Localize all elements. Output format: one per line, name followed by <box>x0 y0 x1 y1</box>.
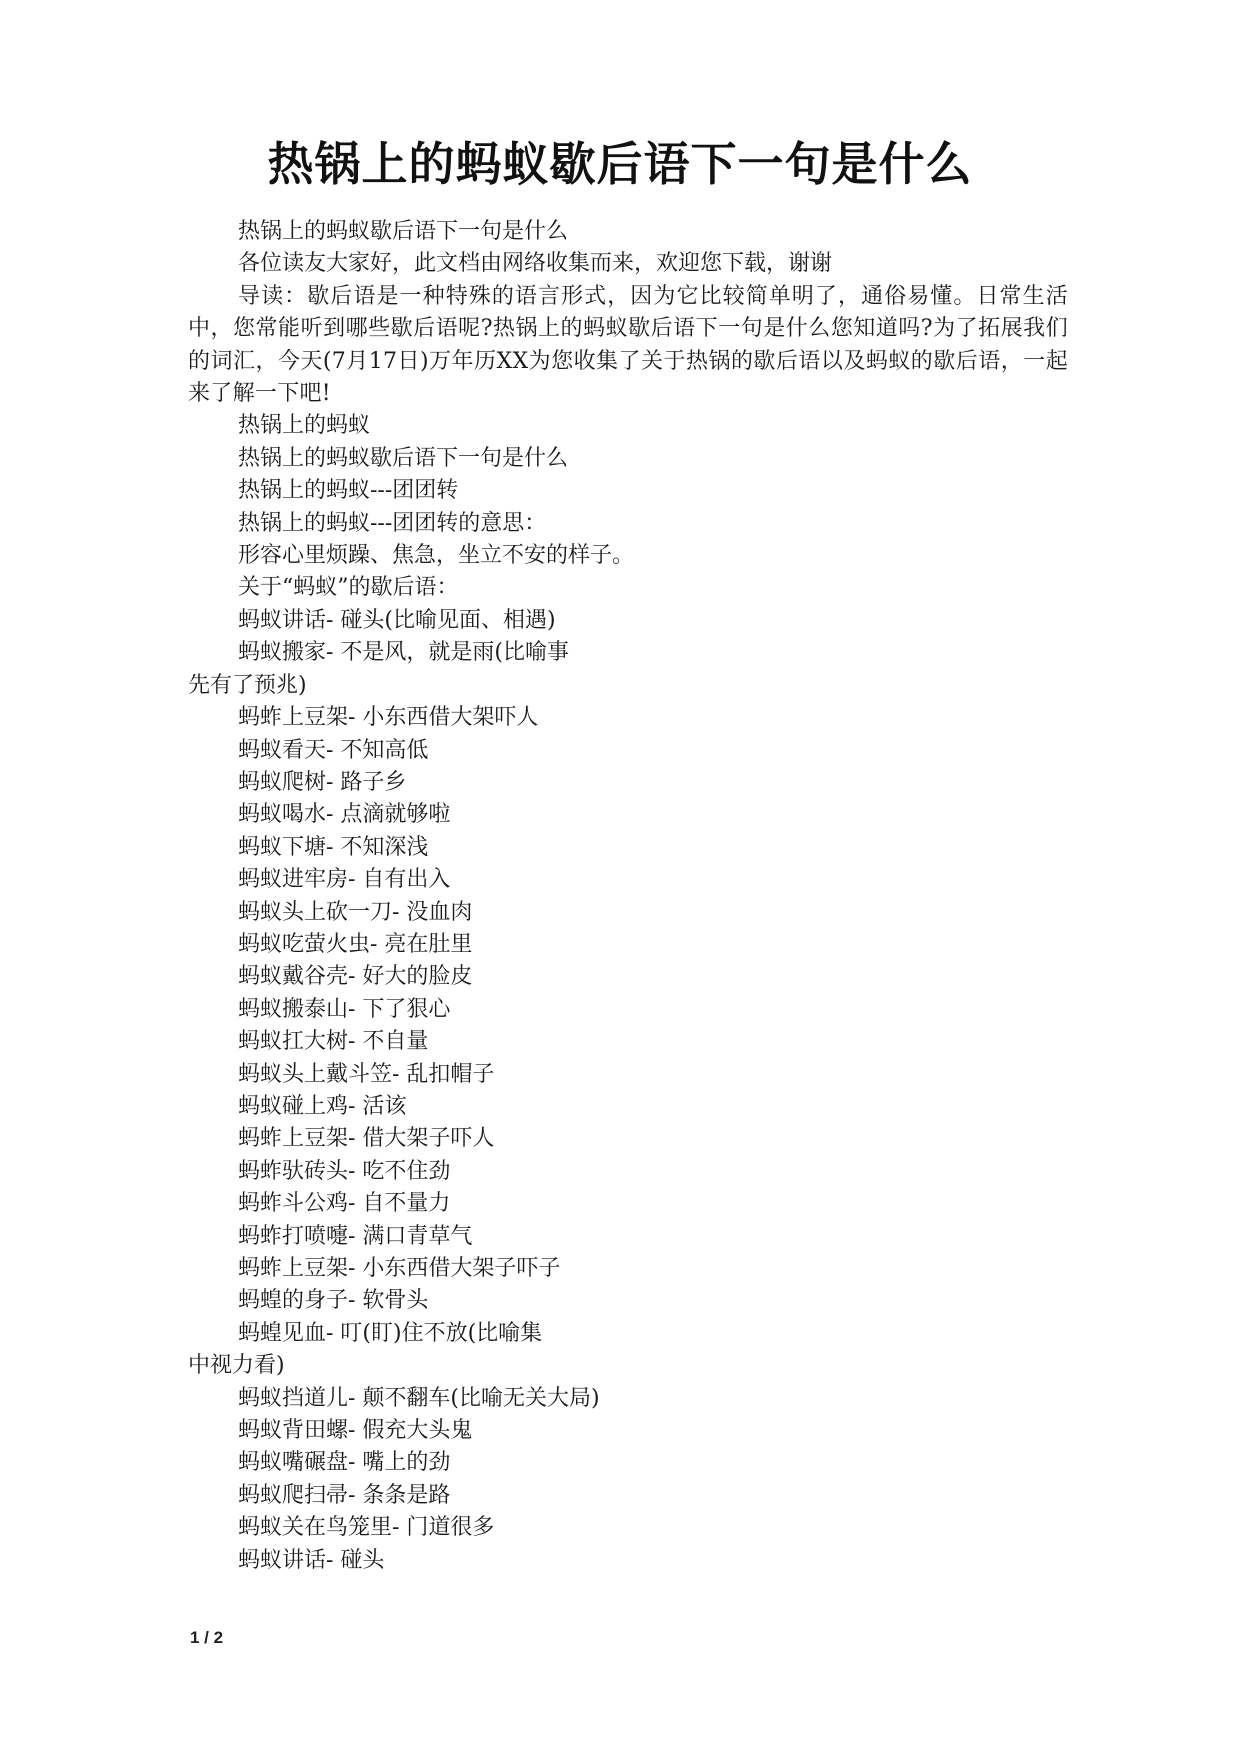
proverb-line: 蚂蚁吃萤火虫- 亮在肚里 <box>188 929 1068 961</box>
proverb-line-continuation: 先有了预兆) <box>188 670 1068 702</box>
proverb-line: 蚂蝗见血- 叮(盯)住不放(比喻集 <box>188 1318 1068 1350</box>
proverb-line: 蚂蚁扛大树- 不自量 <box>188 1026 1068 1058</box>
ant-proverbs-heading: 关于“蚂蚁”的歇后语： <box>188 572 1068 604</box>
proverb-line: 蚂蚁头上砍一刀- 没血肉 <box>188 897 1068 929</box>
proverb-line: 蚂蚁讲话- 碰头 <box>188 1545 1068 1577</box>
meaning-text: 形容心里烦躁、焦急，坐立不安的样子。 <box>188 540 1068 572</box>
meaning-label: 热锅上的蚂蚁---团团转的意思： <box>188 508 1068 540</box>
proverb-line: 蚂蚱上豆架- 小东西借大架吓人 <box>188 702 1068 734</box>
proverb-line: 蚂蚁搬家- 不是风，就是雨(比喻事 <box>188 637 1068 669</box>
section-heading: 热锅上的蚂蚁 <box>188 410 1068 442</box>
proverb-line: 蚂蚱上豆架- 小东西借大架子吓子 <box>188 1253 1068 1285</box>
proverb-line-continuation: 中视力看) <box>188 1350 1068 1382</box>
proverb-line: 蚂蚁爬树- 路子乡 <box>188 767 1068 799</box>
proverb-line: 蚂蚁挡道儿- 颠不翻车(比喻无关大局) <box>188 1383 1068 1415</box>
proverb-line: 蚂蚁背田螺- 假充大头鬼 <box>188 1415 1068 1447</box>
proverb-line: 蚂蚱打喷嚏- 满口青草气 <box>188 1221 1068 1253</box>
proverb-line: 蚂蚁戴谷壳- 好大的脸皮 <box>188 961 1068 993</box>
proverb-line: 蚂蚁看天- 不知高低 <box>188 735 1068 767</box>
proverb-line: 蚂蚁搬泰山- 下了狠心 <box>188 994 1068 1026</box>
proverb-line: 蚂蚁讲话- 碰头(比喻见面、相遇) <box>188 605 1068 637</box>
page-title: 热锅上的蚂蚁歇后语下一句是什么 <box>0 136 1240 192</box>
proverb-line: 蚂蚁爬扫帚- 条条是路 <box>188 1480 1068 1512</box>
proverb-line: 蚂蚁嘴碾盘- 嘴上的劲 <box>188 1447 1068 1479</box>
answer-line: 热锅上的蚂蚁---团团转 <box>188 475 1068 507</box>
proverb-line: 蚂蝗的身子- 软骨头 <box>188 1285 1068 1317</box>
proverb-line: 蚂蚱驮砖头- 吃不住劲 <box>188 1156 1068 1188</box>
greeting-paragraph: 各位读友大家好，此文档由网络收集而来，欢迎您下载，谢谢 <box>188 248 1068 280</box>
question-line: 热锅上的蚂蚁歇后语下一句是什么 <box>188 443 1068 475</box>
proverb-line: 蚂蚁下塘- 不知深浅 <box>188 832 1068 864</box>
document-page: 热锅上的蚂蚁歇后语下一句是什么 热锅上的蚂蚁歇后语下一句是什么 各位读友大家好，… <box>0 0 1240 1753</box>
page-number: 1 / 2 <box>190 1628 223 1648</box>
proverb-line: 蚂蚁关在鸟笼里- 门道很多 <box>188 1512 1068 1544</box>
document-body: 热锅上的蚂蚁歇后语下一句是什么 各位读友大家好，此文档由网络收集而来，欢迎您下载… <box>188 216 1068 1577</box>
intro-paragraph: 导读：歇后语是一种特殊的语言形式，因为它比较简单明了，通俗易懂。日常生活中，您常… <box>188 281 1068 411</box>
proverb-line: 蚂蚁进牢房- 自有出入 <box>188 864 1068 896</box>
proverb-line: 蚂蚱上豆架- 借大架子吓人 <box>188 1123 1068 1155</box>
proverb-line: 蚂蚁喝水- 点滴就够啦 <box>188 799 1068 831</box>
proverb-line: 蚂蚱斗公鸡- 自不量力 <box>188 1188 1068 1220</box>
proverb-line: 蚂蚁碰上鸡- 活该 <box>188 1091 1068 1123</box>
subtitle-paragraph: 热锅上的蚂蚁歇后语下一句是什么 <box>188 216 1068 248</box>
proverb-line: 蚂蚁头上戴斗笠- 乱扣帽子 <box>188 1059 1068 1091</box>
